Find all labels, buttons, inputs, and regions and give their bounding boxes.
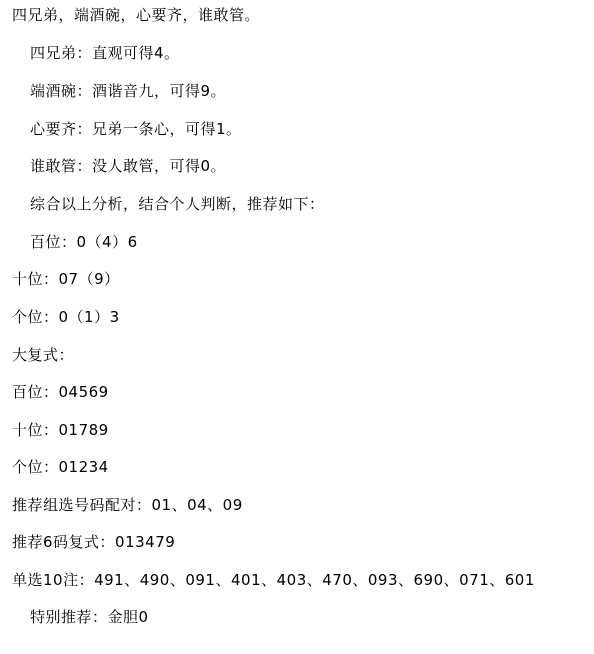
clue-xin-yao-qi: 心要齐：兄弟一条心，可得1。 <box>30 120 242 138</box>
single-ten-bets: 单选10注：491、490、091、401、403、470、093、690、07… <box>12 571 535 589</box>
compound-tens: 十位：01789 <box>12 421 109 439</box>
hundreds-pick: 百位：0（4）6 <box>30 233 138 251</box>
clue-si-xiong-di: 四兄弟：直观可得4。 <box>30 44 180 62</box>
tens-pick: 十位：07（9） <box>12 270 120 288</box>
units-pick: 个位：0（1）3 <box>12 308 120 326</box>
clue-shui-gan-guan: 谁敢管：没人敢管，可得0。 <box>30 157 226 175</box>
summary-intro: 综合以上分析，结合个人判断，推荐如下： <box>30 195 325 213</box>
riddle-title: 四兄弟，端酒碗，心要齐，谁敢管。 <box>12 6 260 24</box>
compound-hundreds: 百位：04569 <box>12 383 109 401</box>
big-compound-heading: 大复式： <box>12 346 74 364</box>
clue-duan-jiu-wan: 端酒碗：酒谐音九，可得9。 <box>30 82 226 100</box>
six-code-compound: 推荐6码复式：013479 <box>12 533 175 551</box>
special-recommendation: 特别推荐：金胆0 <box>30 608 149 626</box>
compound-units: 个位：01234 <box>12 458 109 476</box>
group-pairs: 推荐组选号码配对：01、04、09 <box>12 496 243 514</box>
